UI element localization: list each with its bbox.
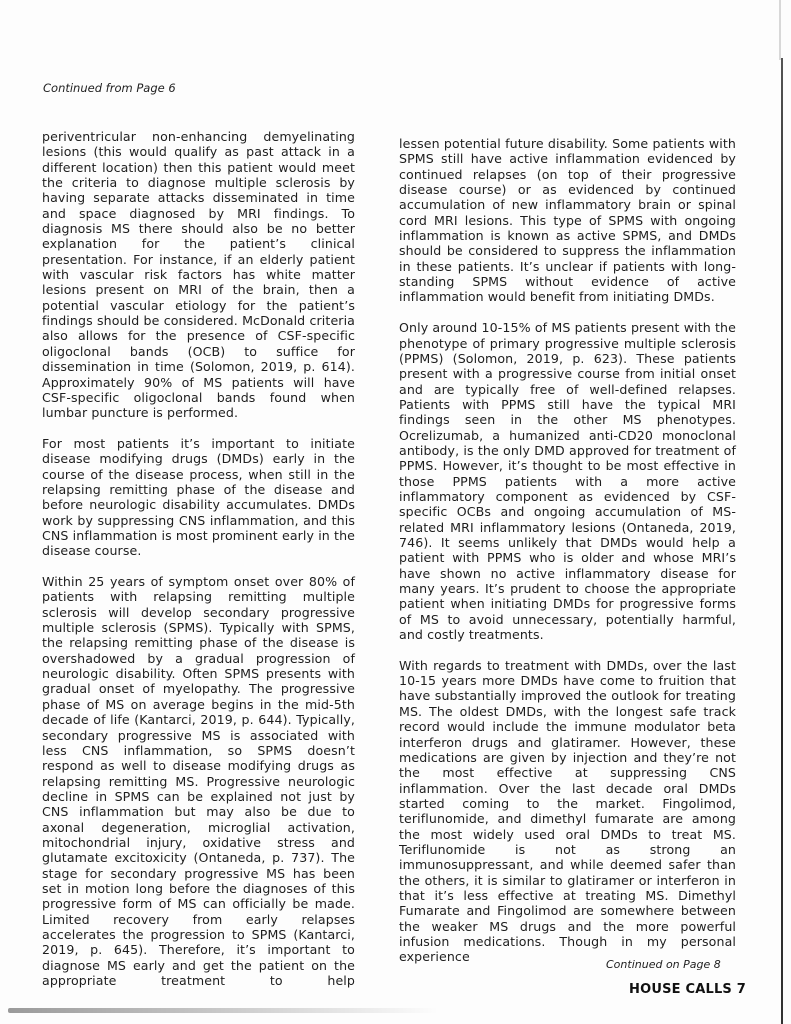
left-column: periventricular non-enhancing demyelinat… [42,129,355,1004]
right-column: lessen potential future disability. Some… [399,136,736,980]
page-bottom-shadow [8,1008,438,1013]
magazine-page: Continued from Page 6 periventricular no… [0,0,791,1024]
paragraph: periventricular non-enhancing demyelinat… [42,129,355,421]
continued-from-label: Continued from Page 6 [43,81,176,95]
page-edge-top [779,0,781,60]
paragraph: Within 25 years of symptom onset over 80… [42,574,355,988]
publication-page-number: HOUSE CALLS 7 [629,982,746,997]
continued-on-label: Continued on Page 8 [606,958,721,971]
page-edge-right [781,58,783,1024]
paragraph: For most patients it’s important to init… [42,436,355,559]
paragraph: Only around 10-15% of MS patients presen… [399,320,736,642]
paragraph: With regards to treatment with DMDs, ove… [399,658,736,965]
paragraph: lessen potential future disability. Some… [399,136,736,305]
